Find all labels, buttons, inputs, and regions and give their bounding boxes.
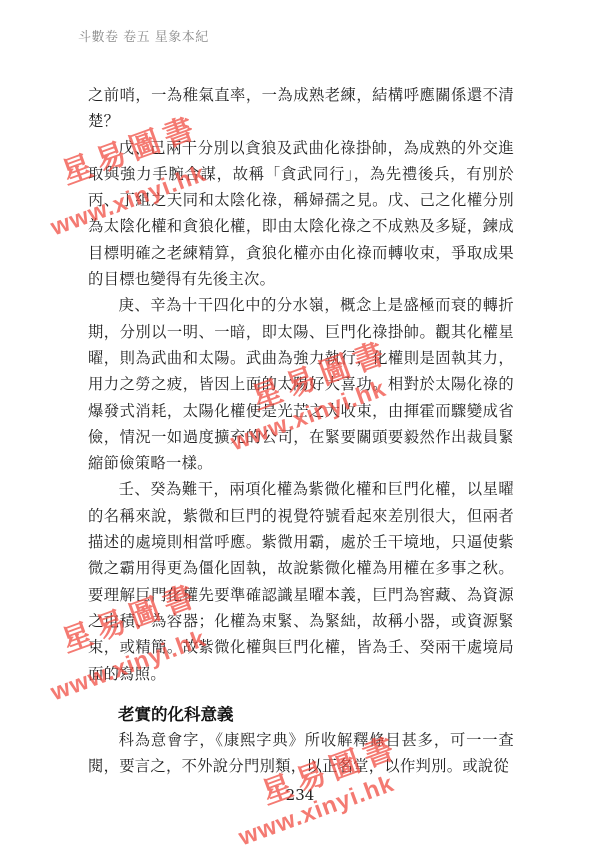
page-number: 234 bbox=[0, 786, 600, 804]
paragraph-wu-ji: 戊、己兩干分別以貪狼及武曲化祿掛帥，為成熟的外交進取與強力手腕合謀，故稱「貪武同… bbox=[88, 135, 514, 293]
paragraph-geng-xin: 庚、辛為十干四化中的分水嶺，概念上是盛極而衰的轉折期，分別以一明、一暗，即太陽、… bbox=[88, 292, 514, 476]
watermark-url: www.xinyi.hk bbox=[235, 770, 398, 852]
paragraph-hua-ke: 科為意會字，《康熙字典》所收解釋條目甚多，可一一查閱，要言之，不外說分門別類，以… bbox=[88, 727, 514, 780]
paragraph-ren-gui: 壬、癸為難干，兩項化權為紫微化權和巨門化權，以星曜的名稱來說，紫微和巨門的視覺符… bbox=[88, 476, 514, 686]
section-heading: 老實的化科意義 bbox=[118, 703, 514, 727]
paragraph-continued: 之前哨，一為稚氣直率，一為成熟老練，結構呼應關係還不清楚？ bbox=[88, 82, 514, 135]
body-text: 之前哨，一為稚氣直率，一為成熟老練，結構呼應關係還不清楚？ 戊、己兩干分別以貪狼… bbox=[88, 82, 514, 779]
running-head: 斗數卷 卷五 星象本紀 bbox=[78, 26, 209, 45]
